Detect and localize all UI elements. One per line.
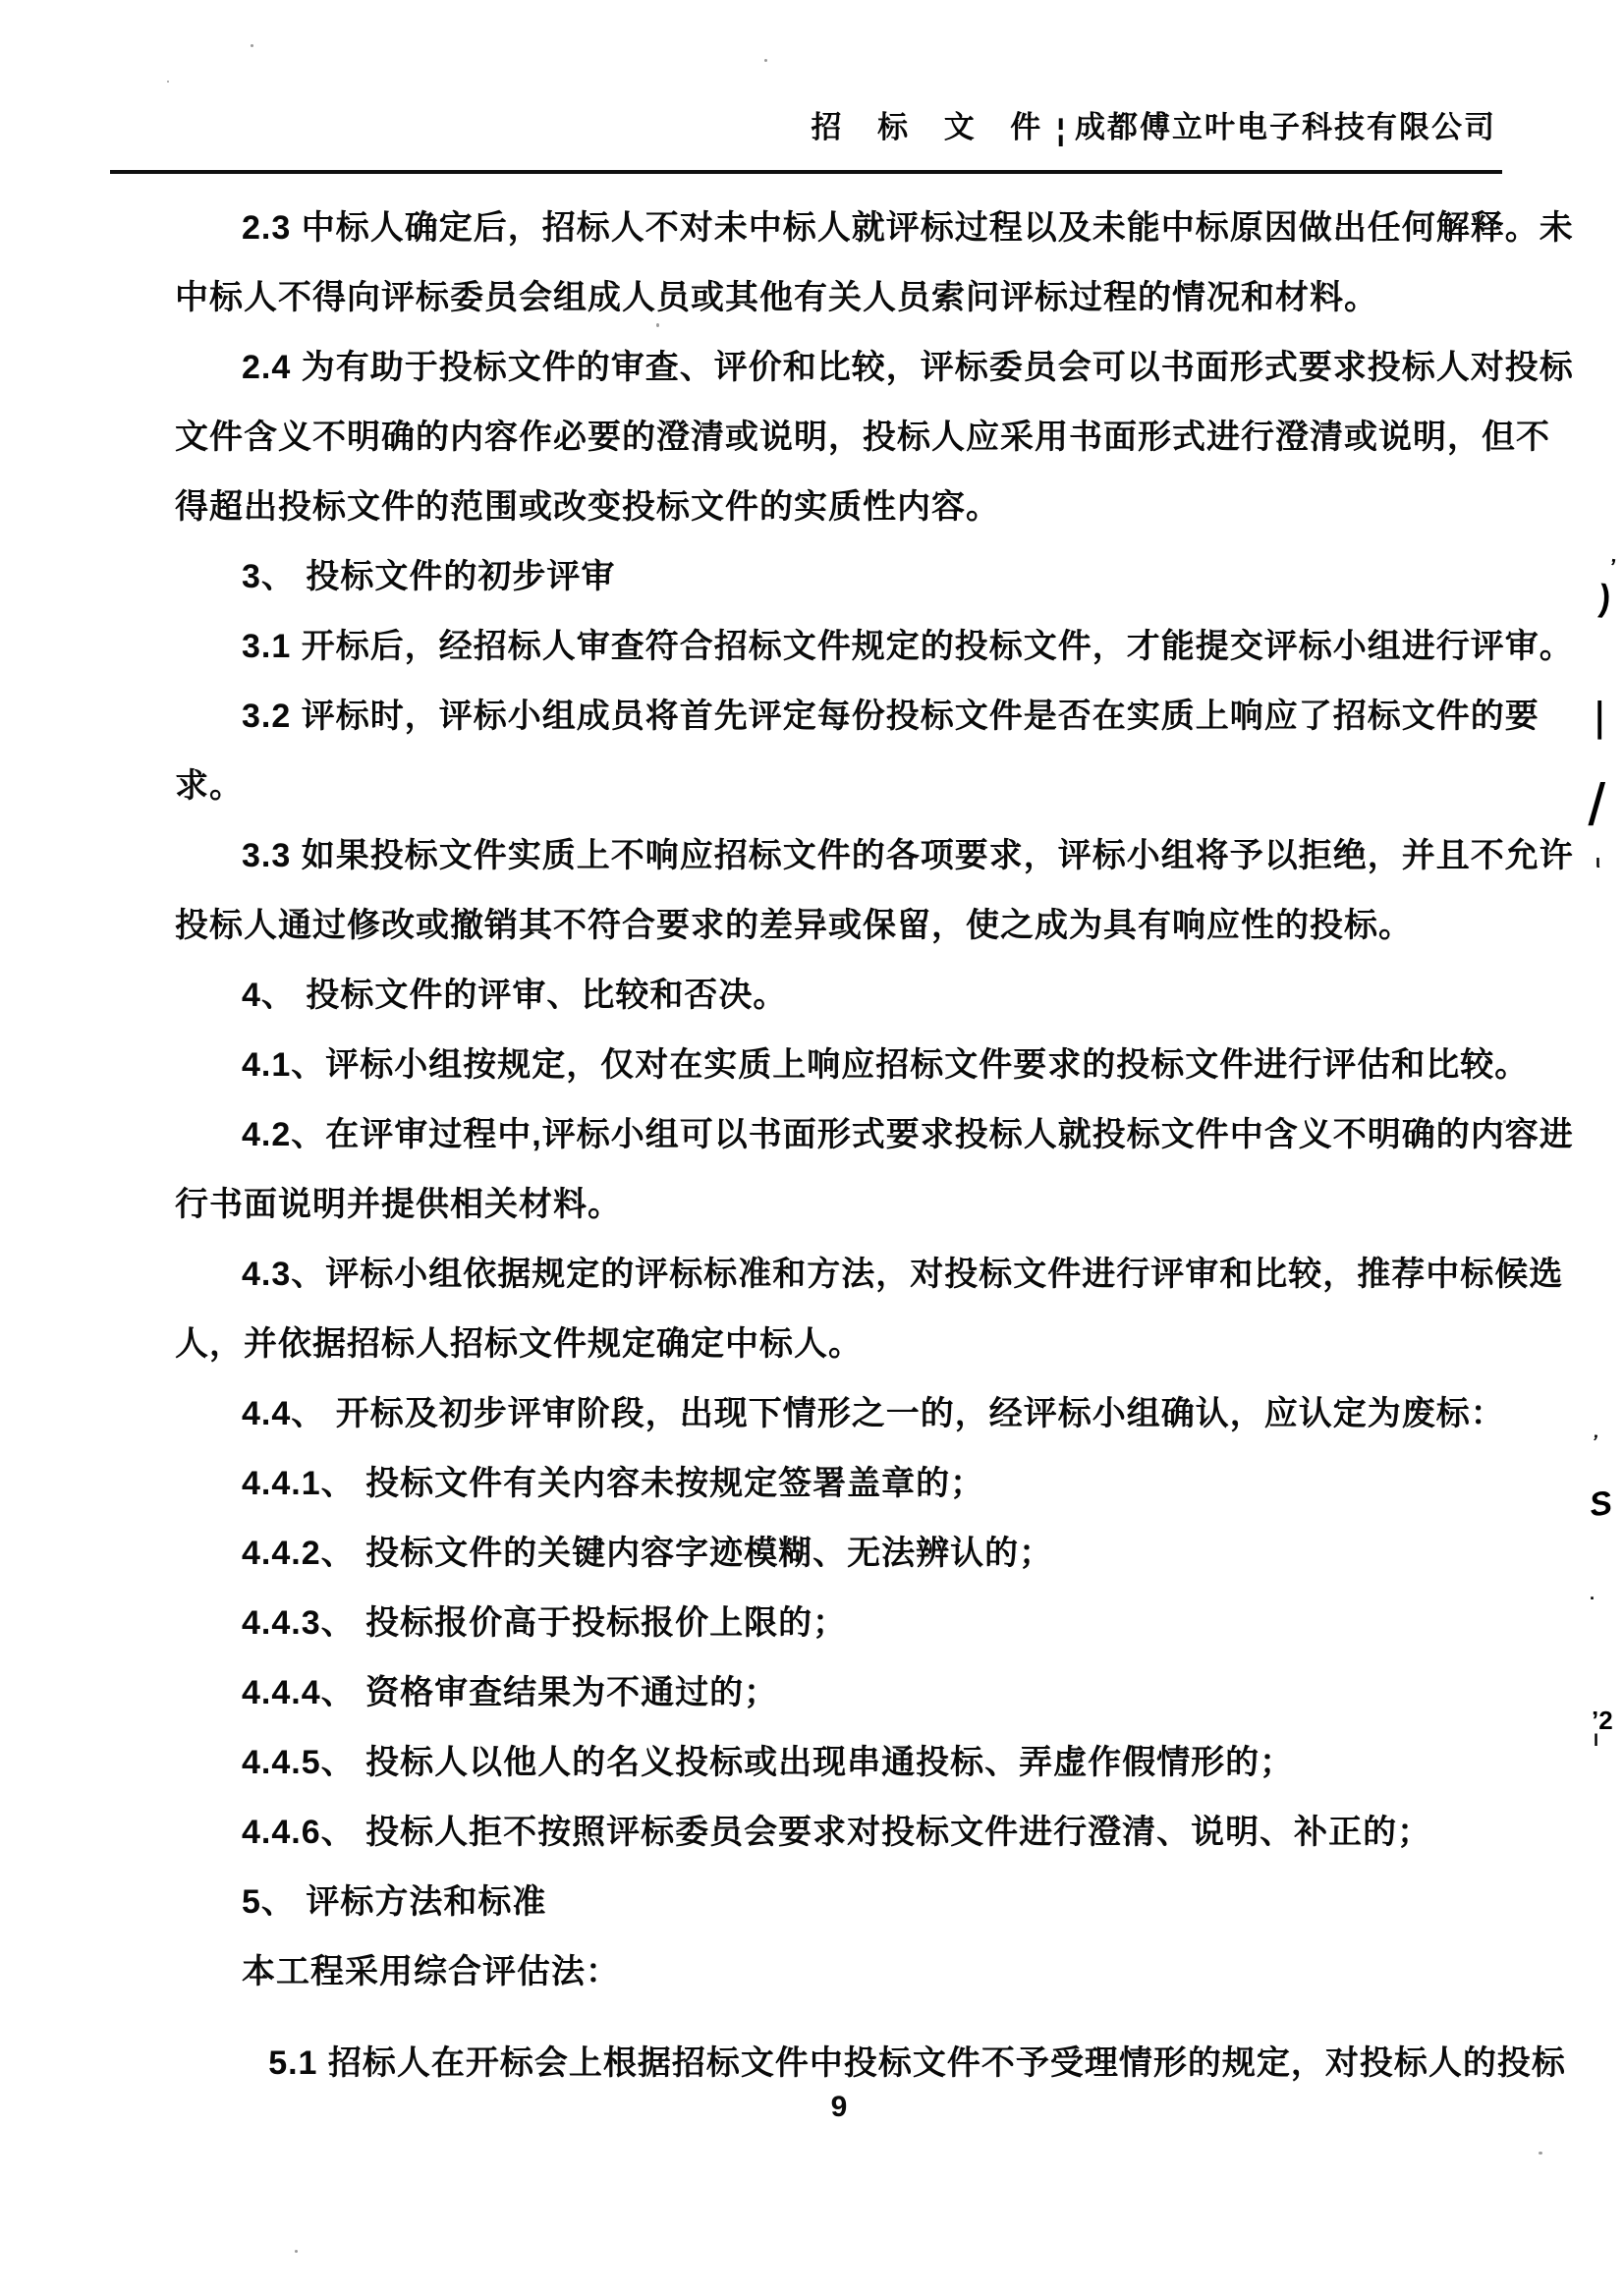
text-line: 投标人通过修改或撤销其不符合要求的差异或保留，使之成为具有响应性的投标。: [175, 891, 1521, 961]
text-line: 4.4.6、 投标人拒不按照评标委员会要求对投标文件进行澄清、说明、补正的；: [175, 1798, 1521, 1868]
text-line: 5.1 招标人在开标会上根据招标文件中投标文件不予受理情形的规定，对投标人的投标: [175, 2029, 1521, 2099]
ink-mark: ι: [1596, 853, 1600, 870]
text-line: 文件含义不明确的内容作必要的澄清或说明，投标人应采用书面形式进行澄清或说明，但不: [175, 403, 1521, 473]
scan-speck: [295, 2250, 298, 2253]
document-body: 2.3 中标人确定后，招标人不对未中标人就评标过程以及未能中标原因做出任何解释。…: [175, 194, 1521, 2099]
text-line: 2.4 为有助于投标文件的审查、评价和比较，评标委员会可以书面形式要求投标人对投…: [175, 333, 1521, 403]
text-line: 4.4.3、 投标报价高于投标报价上限的；: [175, 1589, 1521, 1658]
ink-mark: ’2: [1592, 1708, 1613, 1733]
header-doc-type: 招 标 文 件: [811, 110, 1054, 144]
ink-mark: ı: [1594, 1726, 1598, 1749]
scan-speck: [1503, 1120, 1506, 1123]
scan-speck: [251, 44, 253, 47]
text-line: 4.4.4、 资格审查结果为不通过的；: [175, 1658, 1521, 1728]
ink-mark: /: [1590, 776, 1601, 834]
text-line: 4.4.1、 投标文件有关内容未按规定签署盖章的；: [175, 1449, 1521, 1519]
text-line: 4.4.5、 投标人以他人的名义投标或出现串通投标、弄虚作假情形的；: [175, 1728, 1521, 1798]
text-line: 4.4、 开标及初步评审阶段，出现下情形之一的，经评标小组确认，应认定为废标：: [175, 1379, 1521, 1449]
ink-mark: S: [1588, 1486, 1614, 1523]
text-line: 3.3 如果投标文件实质上不响应招标文件的各项要求，评标小组将予以拒绝，并且不允…: [175, 821, 1521, 891]
text-line: 5、 评标方法和标准: [175, 1868, 1521, 1937]
text-line: 4.2、在评审过程中,评标小组可以书面形式要求投标人就投标文件中含义不明确的内容…: [175, 1100, 1521, 1170]
scan-speck: [1539, 2152, 1542, 2155]
text-line: 行书面说明并提供相关材料。: [175, 1170, 1521, 1240]
text-line: 2.3 中标人确定后，招标人不对未中标人就评标过程以及未能中标原因做出任何解释。…: [175, 194, 1521, 263]
text-line: 4.4.2、 投标文件的关键内容字迹模糊、无法辨认的；: [175, 1519, 1521, 1589]
scan-speck: [656, 323, 659, 327]
text-line: 本工程采用综合评估法：: [175, 1937, 1521, 2007]
header-company-name: 成都傅立叶电子科技有限公司: [1075, 110, 1496, 144]
header-separator: ¦: [1056, 112, 1065, 147]
text-line: 3.1 开标后，经招标人审查符合招标文件规定的投标文件，才能提交评标小组进行评审…: [175, 612, 1521, 682]
scan-speck: [167, 81, 169, 83]
ink-mark: ·: [1590, 1590, 1596, 1607]
ink-mark: ’: [1590, 1432, 1600, 1453]
text-line: 中标人不得向评标委员会组成人员或其他有关人员索问评标过程的情况和材料。: [175, 263, 1521, 333]
text-line: 得超出投标文件的范围或改变投标文件的实质性内容。: [175, 473, 1521, 542]
page-number: 9: [175, 2091, 1503, 2124]
text-line: 求。: [175, 752, 1521, 821]
ink-mark: |: [1596, 698, 1603, 739]
text-line: 4.3、评标小组依据规定的评标标准和方法，对投标文件进行评审和比较，推荐中标候选: [175, 1240, 1521, 1310]
text-line: 3、 投标文件的初步评审: [175, 542, 1521, 612]
text-line: 4、 投标文件的评审、比较和否决。: [175, 961, 1521, 1031]
text-line: 3.2 评标时，评标小组成员将首先评定每份投标文件是否在实质上响应了招标文件的要: [175, 682, 1521, 752]
header-rule: [110, 170, 1502, 174]
ink-mark: ’: [1607, 556, 1618, 579]
text-line: 人，并依据招标人招标文件规定确定中标人。: [175, 1310, 1521, 1379]
text-line: 4.1、评标小组按规定，仅对在实质上响应招标文件要求的投标文件进行评估和比较。: [175, 1031, 1521, 1100]
page-header: 招 标 文 件¦成都傅立叶电子科技有限公司: [811, 102, 1496, 146]
scan-speck: [764, 59, 767, 62]
document-page: 招 标 文 件¦成都傅立叶电子科技有限公司 2.3 中标人确定后，招标人不对未中…: [0, 0, 1624, 2296]
ink-mark: ): [1597, 580, 1612, 617]
